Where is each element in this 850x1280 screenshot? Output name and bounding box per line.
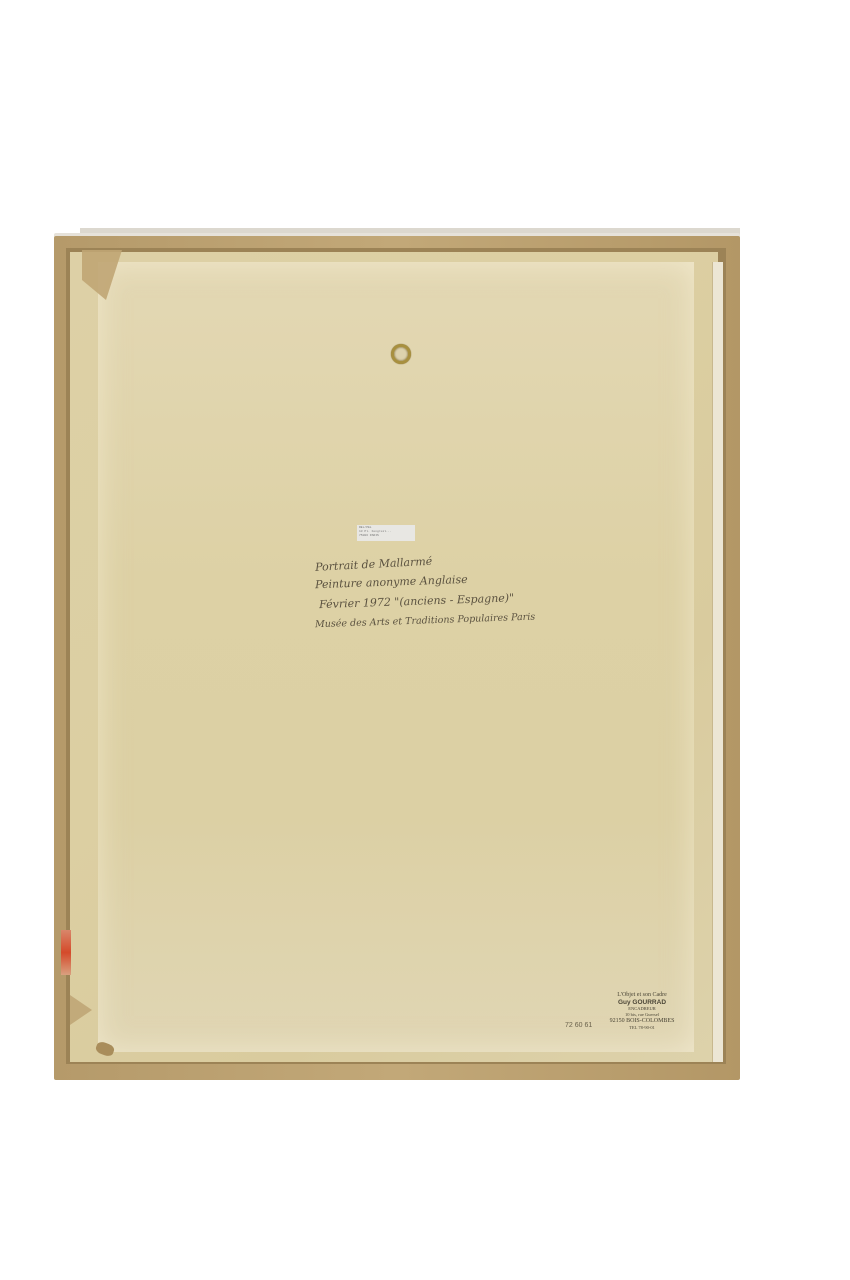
stamp-line: 92150 BOIS-COLOMBES — [598, 1018, 686, 1025]
framer-stamp: L'Objet et son Cadre Guy GOURRAD ENCADRE… — [598, 992, 686, 1031]
address-label-sticker: REL/PEL 13 Pl. Fongreil... 75006 PARIS — [357, 525, 415, 541]
stamp-line: TEL 78-90-01 — [598, 1025, 686, 1031]
backing-paper — [98, 262, 694, 1052]
red-paint-mark — [61, 930, 71, 975]
handwritten-inscription: Portrait de Mallarmé Peinture anonyme An… — [315, 550, 615, 630]
hanging-ring-icon — [391, 344, 411, 364]
label-line: 75006 PARIS — [359, 534, 413, 538]
backing-edge-strip — [712, 262, 723, 1062]
stamp-brand: Guy GOURRAD — [598, 999, 686, 1006]
reference-number: 72 60 61 — [565, 1022, 592, 1029]
stamp-line: L'Objet et son Cadre — [598, 992, 686, 999]
